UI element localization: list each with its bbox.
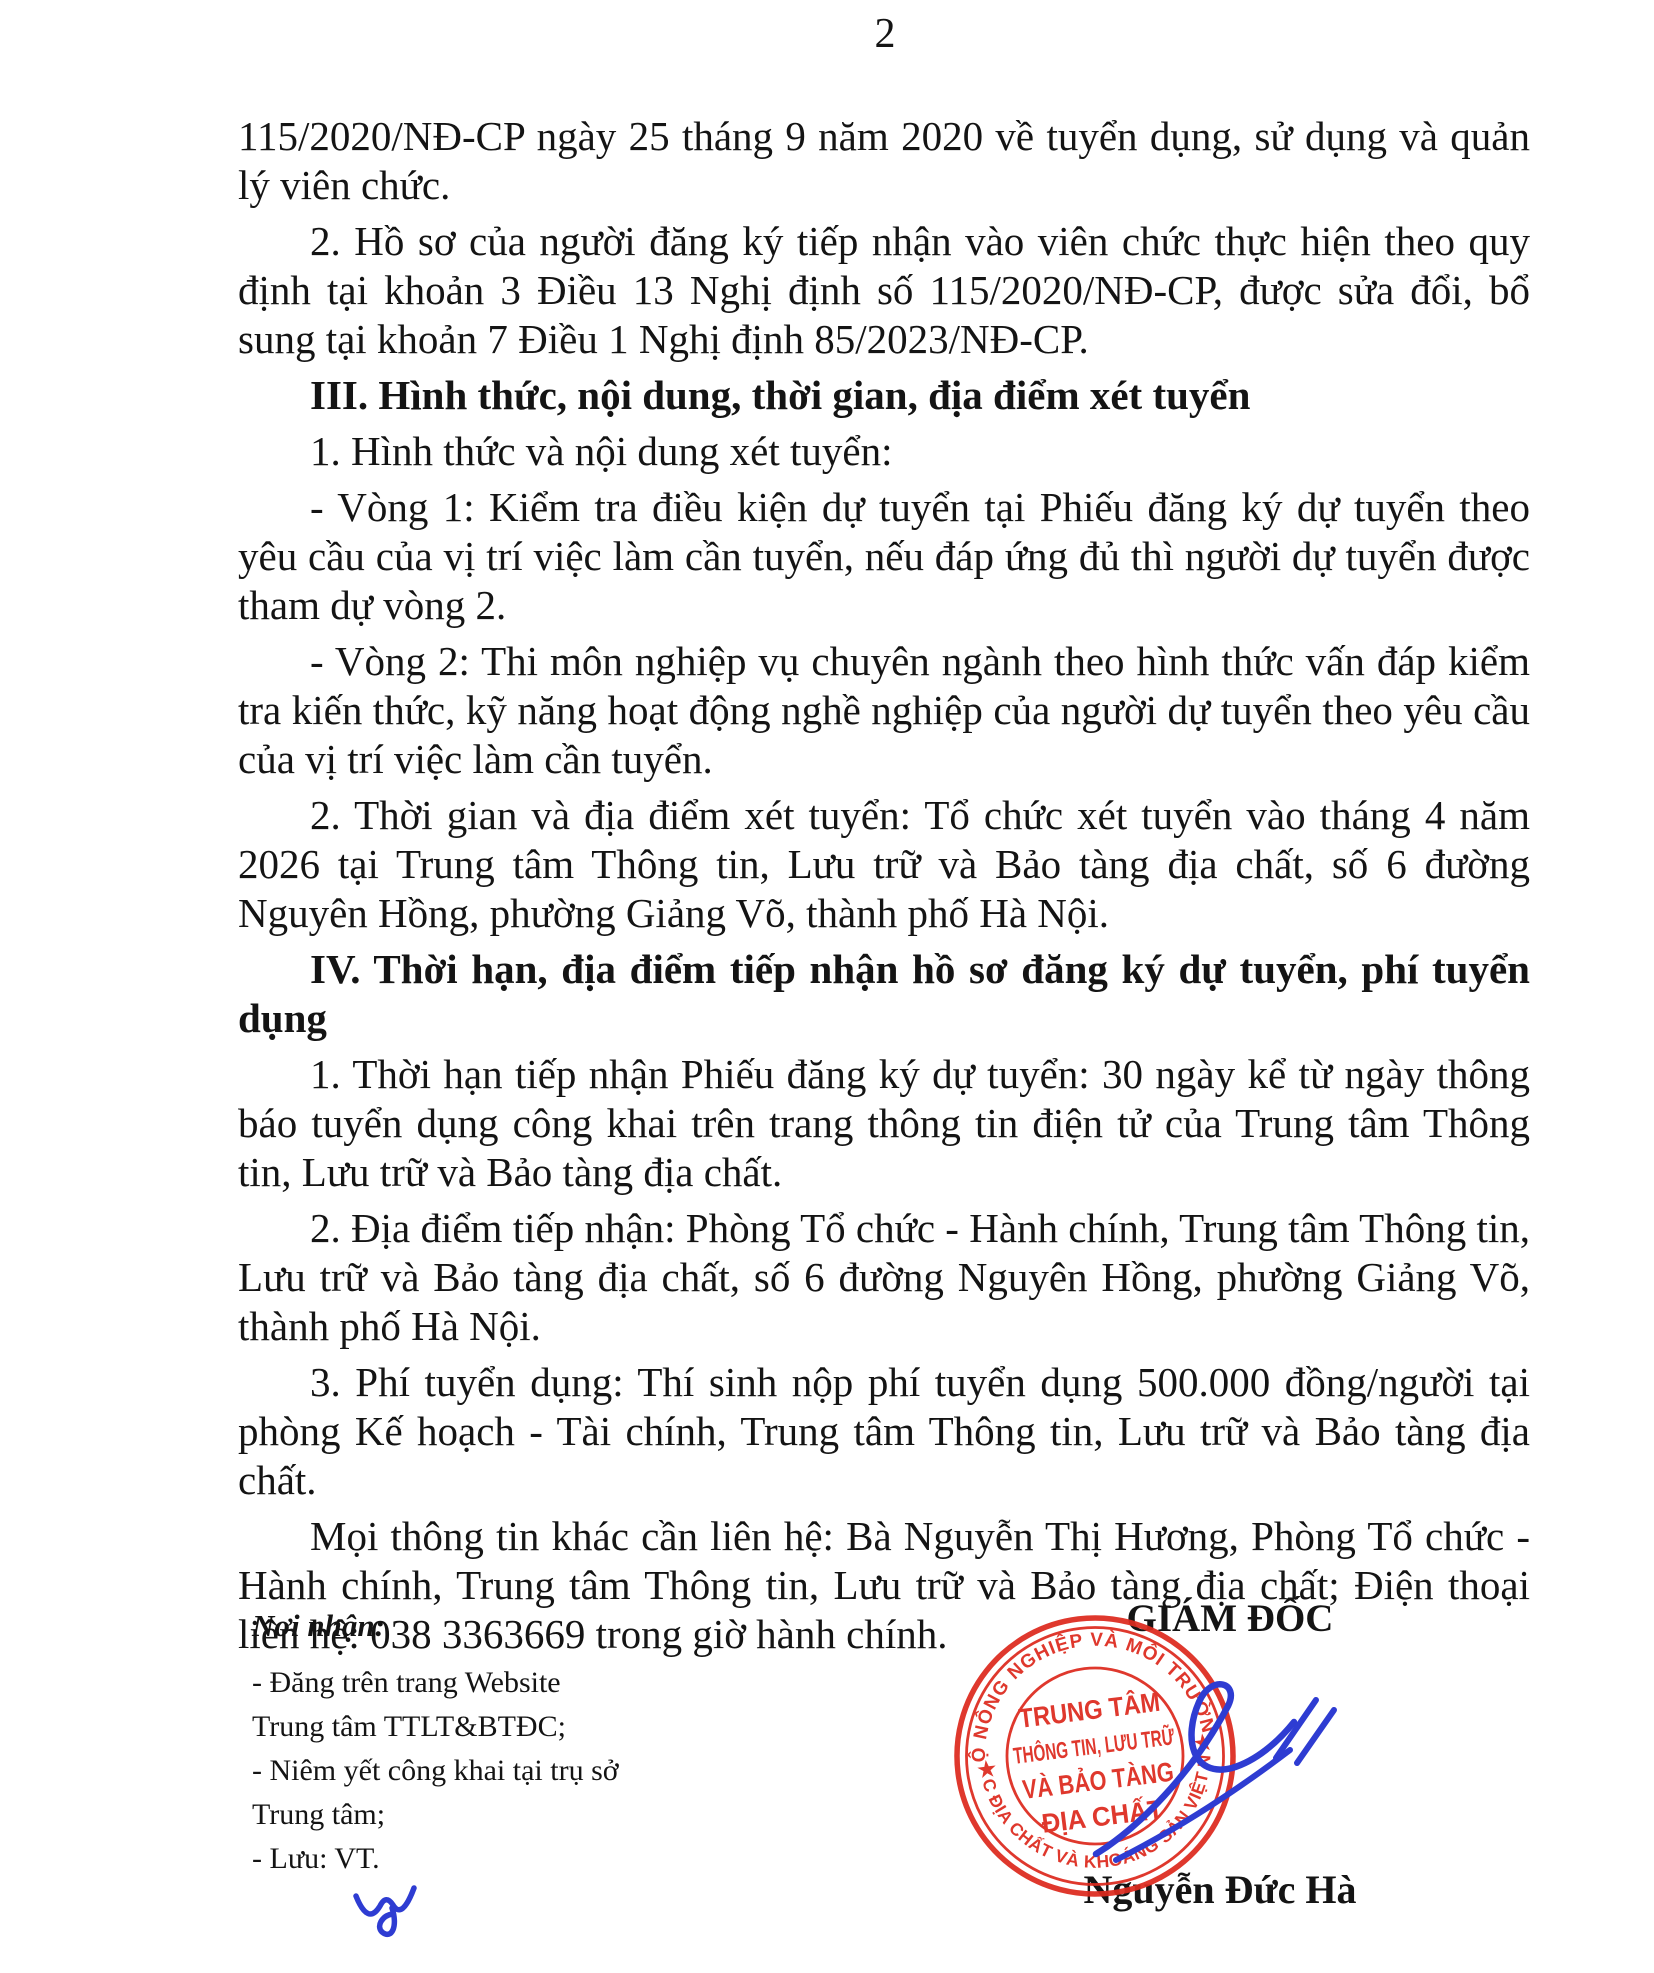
recipients-item: - Niêm yết công khai tại trụ sở — [252, 1749, 772, 1793]
section-heading: III. Hình thức, nội dung, thời gian, địa… — [238, 371, 1530, 420]
stamp-star-left-icon: ★ — [975, 1755, 1000, 1784]
clerk-initial-signature — [348, 1868, 444, 1948]
document-body: 115/2020/NĐ-CP ngày 25 tháng 9 năm 2020 … — [238, 112, 1530, 1666]
section-heading: IV. Thời hạn, địa điểm tiếp nhận hồ sơ đ… — [238, 945, 1530, 1043]
initial-stroke — [380, 1908, 395, 1934]
recipients-item: - Lưu: VT. — [252, 1837, 772, 1881]
recipients-item: Trung tâm; — [252, 1793, 772, 1837]
paragraph: 3. Phí tuyển dụng: Thí sinh nộp phí tuyể… — [238, 1358, 1530, 1505]
paragraph: 1. Thời hạn tiếp nhận Phiếu đăng ký dự t… — [238, 1050, 1530, 1197]
paragraph: 2. Hồ sơ của người đăng ký tiếp nhận vào… — [238, 217, 1530, 364]
recipients-heading: Nơi nhận: — [252, 1604, 772, 1648]
paragraph: 2. Thời gian và địa điểm xét tuyển: Tổ c… — [238, 791, 1530, 938]
recipients-list: - Đăng trên trang WebsiteTrung tâm TTLT&… — [252, 1661, 772, 1881]
page-number: 2 — [0, 10, 1654, 58]
recipients-item: - Đăng trên trang Website — [252, 1661, 772, 1705]
paragraph: - Vòng 1: Kiểm tra điều kiện dự tuyển tạ… — [238, 483, 1530, 630]
document-page: 2 115/2020/NĐ-CP ngày 25 tháng 9 năm 202… — [0, 0, 1654, 1973]
recipients-block: Nơi nhận: - Đăng trên trang WebsiteTrung… — [252, 1604, 772, 1881]
paragraph: 2. Địa điểm tiếp nhận: Phòng Tổ chức - H… — [238, 1204, 1530, 1351]
recipients-item: Trung tâm TTLT&BTĐC; — [252, 1705, 772, 1749]
initial-stroke — [356, 1888, 414, 1914]
paragraph: 1. Hình thức và nội dung xét tuyển: — [238, 427, 1530, 476]
director-signature — [1080, 1662, 1360, 1877]
paragraph: 115/2020/NĐ-CP ngày 25 tháng 9 năm 2020 … — [238, 112, 1530, 210]
paragraph: - Vòng 2: Thi môn nghiệp vụ chuyên ngành… — [238, 637, 1530, 784]
